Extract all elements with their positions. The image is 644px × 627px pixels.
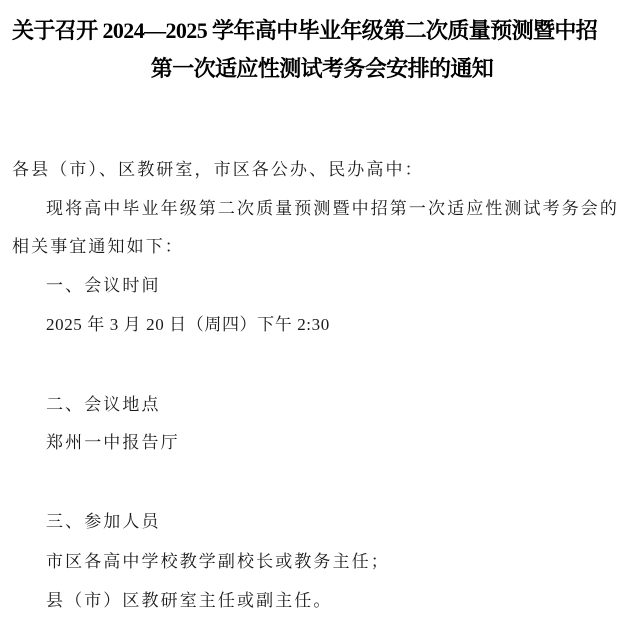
intro-paragraph-line-2: 相关事宜通知如下： bbox=[12, 236, 184, 258]
section-heading-location: 二、会议地点 bbox=[46, 394, 161, 416]
attendee-line-1: 市区各高中学校教学副校长或教务主任； bbox=[46, 551, 390, 573]
title-line-1: 关于召开 2024—2025 学年高中毕业年级第二次质量预测暨中招 bbox=[12, 18, 620, 44]
section-heading-attendees: 三、参加人员 bbox=[46, 511, 161, 533]
meeting-time: 2025 年 3 月 20 日（周四）下午 2:30 bbox=[46, 314, 330, 336]
section-heading-time: 一、会议时间 bbox=[46, 275, 161, 297]
meeting-location: 郑州一中报告厅 bbox=[46, 432, 180, 454]
salutation: 各县（市）、区教研室，市区各公办、民办高中： bbox=[12, 159, 424, 181]
attendee-line-2: 县（市）区教研室主任或副主任。 bbox=[46, 590, 333, 612]
intro-paragraph-line-1: 现将高中毕业年级第二次质量预测暨中招第一次适应性测试考务会的 bbox=[46, 198, 619, 220]
title-line-2: 第一次适应性测试考务会安排的通知 bbox=[0, 56, 644, 82]
